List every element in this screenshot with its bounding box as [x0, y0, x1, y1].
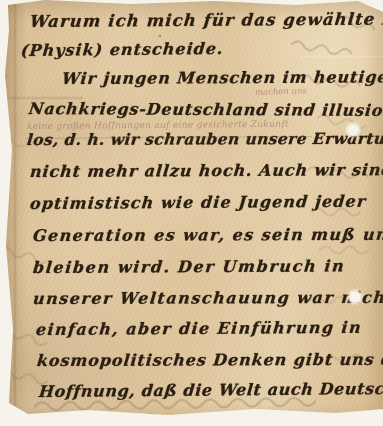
bleedthrough-squiggle	[320, 247, 368, 254]
manuscript-line: Hoffnung, daß die Welt auch Deutschland	[38, 379, 383, 402]
manuscript-line: los, d. h. wir schrauben unsere Erwartun…	[26, 129, 383, 149]
manuscript-line: optimistisch wie die Jugend jeder	[29, 192, 367, 213]
scanned-letter: Warum ich mich für das gewählte Fach (Ph…	[0, 0, 383, 426]
ink-speck	[159, 35, 161, 37]
paper-crease	[13, 0, 17, 426]
manuscript-line: bleiben wird. Der Umbruch in	[32, 256, 346, 277]
punch-hole	[347, 124, 359, 136]
manuscript-line: Warum ich mich für das gewählte Fach	[29, 9, 383, 31]
manuscript-line: einfach, aber die Einführung in	[35, 318, 363, 339]
manuscript-line: Wir jungen Menschen im heutigen	[61, 67, 383, 88]
paper-sheet: Warum ich mich für das gewählte Fach (Ph…	[0, 0, 383, 426]
manuscript-line: Nachkriegs-Deutschland sind illusions-	[28, 99, 383, 120]
manuscript-line: nicht mehr allzu hoch. Auch wir sind	[29, 160, 383, 181]
manuscript-line: unserer Weltanschauung war nicht	[32, 288, 383, 308]
punch-hole	[349, 291, 361, 303]
bleedthrough-squiggle	[60, 414, 172, 422]
paper-crease	[300, 55, 383, 58]
manuscript-line: Generation es war, es sein muß und	[32, 225, 383, 245]
pencil-annotation: machen uns	[255, 86, 307, 98]
manuscript-line: (Physik) entscheide.	[20, 39, 224, 60]
manuscript-line: kosmopolitisches Denken gibt uns die	[36, 350, 383, 370]
